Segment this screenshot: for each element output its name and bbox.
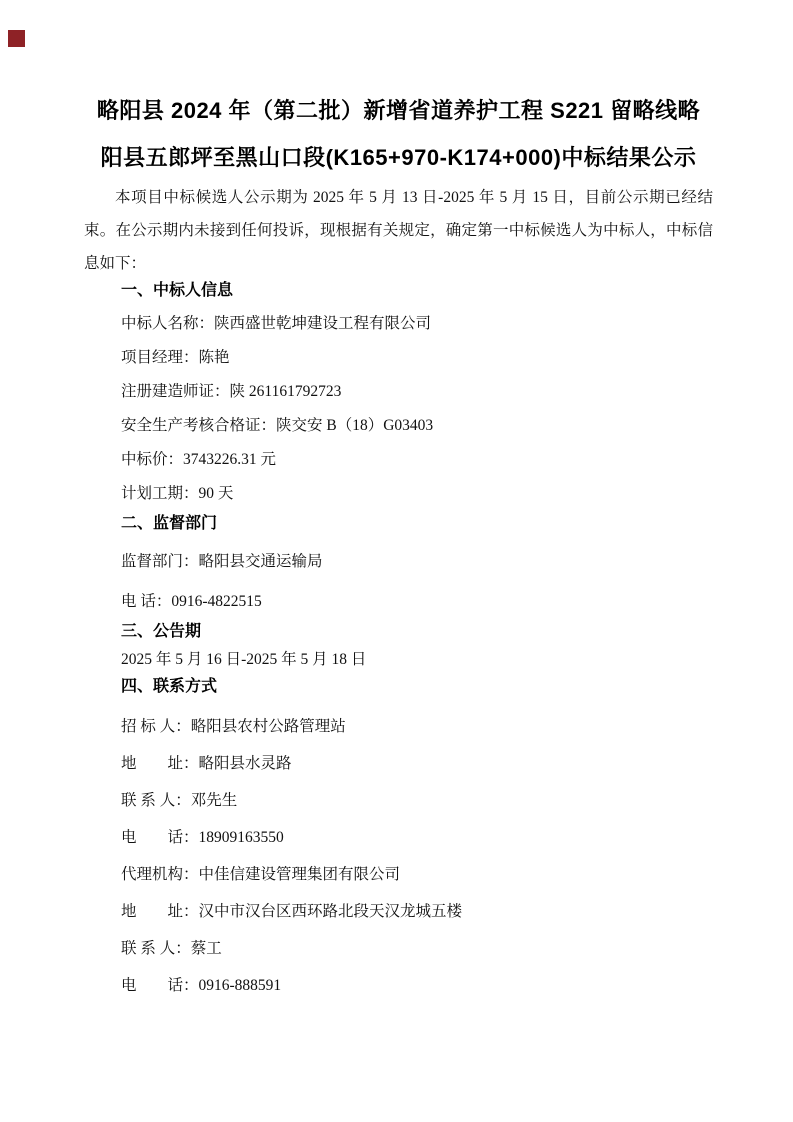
field-row: 电 话：0916-888591 <box>121 977 713 994</box>
document-title: 略阳县 2024 年（第二批）新增省道养护工程 S221 留略线略 阳县五郎坪至… <box>84 0 713 181</box>
section-heading: 四、联系方式 <box>121 678 713 695</box>
field-row: 地 址：略阳县水灵路 <box>121 755 713 772</box>
section-supervision: 二、监督部门 监督部门：略阳县交通运输局 电 话：0916-4822515 <box>121 515 713 610</box>
section-contact-info: 四、联系方式 招 标 人：略阳县农村公路管理站 地 址：略阳县水灵路 联 系 人… <box>121 678 713 994</box>
field-row: 招 标 人：略阳县农村公路管理站 <box>121 718 713 735</box>
document-page: 略阳县 2024 年（第二批）新增省道养护工程 S221 留略线略 阳县五郎坪至… <box>0 0 793 1122</box>
field-value: 中佳信建设管理集团有限公司 <box>199 866 401 883</box>
field-label: 中标人名称： <box>121 315 214 332</box>
field-label: 地 址： <box>121 755 199 772</box>
field-value: 3743226.31 元 <box>183 451 276 468</box>
document-title-line2: 阳县五郎坪至黑山口段(K165+970-K174+000)中标结果公示 <box>84 134 713 181</box>
field-label: 计划工期： <box>121 485 199 502</box>
field-row: 项目经理：陈艳 <box>121 349 713 366</box>
field-label: 电 话： <box>121 977 199 994</box>
field-row: 联 系 人：邓先生 <box>121 792 713 809</box>
field-row: 安全生产考核合格证：陕交安 B（18）G03403 <box>121 417 713 434</box>
field-label: 中标价： <box>121 451 183 468</box>
field-value: 陕 261161792723 <box>230 383 342 400</box>
field-value: 陕交安 B（18）G03403 <box>276 417 433 434</box>
field-label: 注册建造师证： <box>121 383 230 400</box>
field-label: 联 系 人： <box>121 940 191 957</box>
field-value: 略阳县水灵路 <box>199 755 292 772</box>
field-row: 地 址：汉中市汉台区西环路北段天汉龙城五楼 <box>121 903 713 920</box>
page-corner-marker <box>8 30 25 47</box>
field-label: 地 址： <box>121 903 199 920</box>
field-label: 招 标 人： <box>121 718 191 735</box>
field-value: 略阳县农村公路管理站 <box>191 718 346 735</box>
field-label: 项目经理： <box>121 349 199 366</box>
section-heading: 二、监督部门 <box>121 515 713 532</box>
field-value: 蔡工 <box>191 940 222 957</box>
field-label: 电 话： <box>121 593 171 610</box>
field-row: 联 系 人：蔡工 <box>121 940 713 957</box>
field-value: 略阳县交通运输局 <box>199 553 323 570</box>
field-value: 汉中市汉台区西环路北段天汉龙城五楼 <box>199 903 463 920</box>
field-value: 0916-4822515 <box>171 593 261 610</box>
section-winner-info: 一、中标人信息 中标人名称：陕西盛世乾坤建设工程有限公司 项目经理：陈艳 注册建… <box>121 282 713 502</box>
field-label: 监督部门： <box>121 553 199 570</box>
field-value: 2025 年 5 月 16 日-2025 年 5 月 18 日 <box>121 651 366 668</box>
field-row: 计划工期：90 天 <box>121 485 713 502</box>
field-value: 18909163550 <box>199 829 284 846</box>
field-row: 电 话：0916-4822515 <box>121 593 713 610</box>
field-row: 电 话：18909163550 <box>121 829 713 846</box>
section-heading: 三、公告期 <box>121 623 713 640</box>
field-row: 监督部门：略阳县交通运输局 <box>121 553 713 570</box>
field-value: 陈艳 <box>199 349 230 366</box>
field-row: 中标人名称：陕西盛世乾坤建设工程有限公司 <box>121 315 713 332</box>
intro-paragraph: 本项目中标候选人公示期为 2025 年 5 月 13 日-2025 年 5 月 … <box>84 181 713 280</box>
field-row: 2025 年 5 月 16 日-2025 年 5 月 18 日 <box>121 651 713 668</box>
field-value: 0916-888591 <box>199 977 282 994</box>
field-value: 90 天 <box>199 485 234 502</box>
field-row: 代理机构：中佳信建设管理集团有限公司 <box>121 866 713 883</box>
section-heading: 一、中标人信息 <box>121 282 713 299</box>
section-announcement-period: 三、公告期 2025 年 5 月 16 日-2025 年 5 月 18 日 <box>121 623 713 668</box>
field-row: 中标价：3743226.31 元 <box>121 451 713 468</box>
field-value: 邓先生 <box>191 792 238 809</box>
field-label: 代理机构： <box>121 866 199 883</box>
field-row: 注册建造师证：陕 261161792723 <box>121 383 713 400</box>
field-label: 安全生产考核合格证： <box>121 417 276 434</box>
document-title-line1: 略阳县 2024 年（第二批）新增省道养护工程 S221 留略线略 <box>84 87 713 134</box>
field-value: 陕西盛世乾坤建设工程有限公司 <box>214 315 431 332</box>
field-label: 电 话： <box>121 829 199 846</box>
field-label: 联 系 人： <box>121 792 191 809</box>
